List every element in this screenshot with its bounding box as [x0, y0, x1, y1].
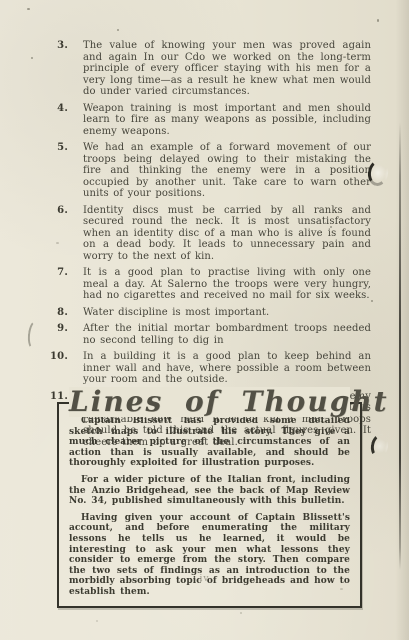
paper-speckle [31, 57, 33, 59]
lesson-number: 3. [48, 40, 68, 52]
paper-speckle [330, 226, 332, 228]
lesson-item: 8. Water discipline is most important. [48, 307, 372, 319]
paper-speckle [27, 8, 30, 10]
lesson-item: 5. We had an example of a forward moveme… [48, 142, 372, 200]
paper-speckle [377, 19, 379, 22]
lesson-text: Water discipline is most important. [83, 307, 371, 319]
paper-speckle [240, 612, 242, 614]
lesson-text: Weapon training is most important and me… [83, 103, 371, 138]
lesson-text: We had an example of a forward movement … [83, 142, 371, 200]
lesson-item: 4. Weapon training is most important and… [48, 103, 372, 138]
paper-speckle [340, 588, 343, 590]
lesson-number: 5. [48, 142, 68, 154]
thought-paragraph: Having given your account of Captain Bli… [69, 513, 350, 598]
lesson-item: 9. After the initial mortar bombardment … [48, 323, 372, 346]
scanned-document-page: 3. The value of knowing your men was pro… [0, 0, 409, 640]
paper-speckle [117, 29, 119, 31]
hole-punch-mark-icon [369, 433, 390, 460]
lesson-number: 9. [48, 323, 68, 335]
lesson-number: 4. [48, 103, 68, 115]
lesson-number: 6. [48, 205, 68, 217]
lesson-text: In a building it is a good plan to keep … [83, 351, 371, 386]
paper-speckle [56, 242, 59, 244]
lesson-item: 10. In a building it is a good plan to k… [48, 351, 372, 386]
lesson-number: 10. [48, 351, 68, 363]
thought-paragraph: For a wider picture of the Italian front… [69, 475, 350, 507]
lesson-text: Identity discs must be carried by all ra… [83, 205, 371, 263]
lesson-number: 8. [48, 307, 68, 319]
lesson-text: The value of knowing your men was proved… [83, 40, 371, 98]
lesson-number: 7. [48, 267, 68, 279]
paper-speckle [371, 300, 373, 302]
lesson-item: 3. The value of knowing your men was pro… [48, 40, 372, 98]
paper-speckle [96, 620, 98, 622]
lesson-item: 6. Identity discs must be carried by all… [48, 205, 372, 263]
lesson-text: After the initial mortar bombardment tro… [83, 323, 371, 346]
lesson-text: It is a good plan to practise living wit… [83, 267, 371, 302]
lesson-number: 11. [48, 391, 68, 403]
stray-pencil-mark-icon [26, 319, 43, 350]
thought-paragraph: Captain Blissett has provided some detai… [69, 416, 350, 469]
lines-of-thought-title: Lines of Thought [69, 387, 350, 417]
page-number: iv [0, 574, 409, 584]
page-edge-shade [395, 0, 409, 640]
lesson-item: 7. It is a good plan to practise living … [48, 267, 372, 302]
